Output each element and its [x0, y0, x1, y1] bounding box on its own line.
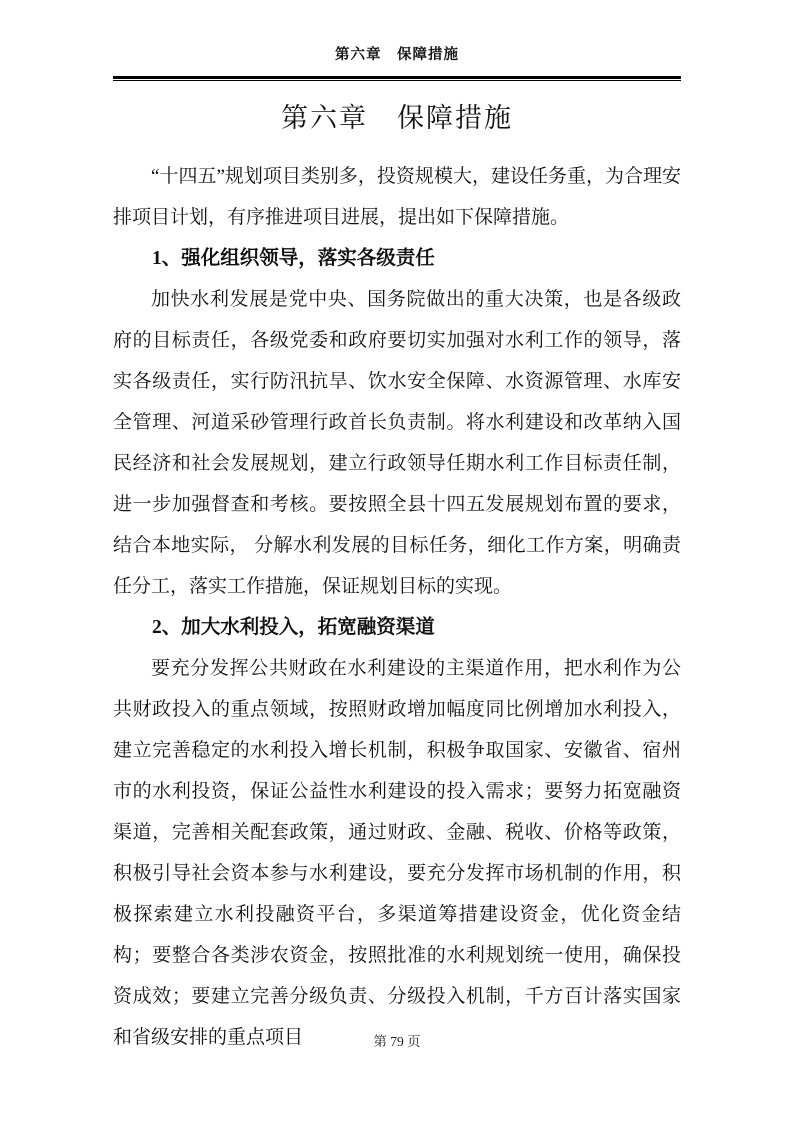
section-1-paragraph: 加快水利发展是党中央、国务院做出的重大决策，也是各级政府的目标责任，各级党委和政…	[113, 279, 681, 607]
section-1-heading: 1、强化组织领导，落实各级责任	[113, 238, 681, 279]
chapter-title: 第六章 保障措施	[113, 98, 681, 138]
text-column: 第六章 保障措施 “十四五”规划项目类别多，投资规模大，建设任务重，为合理安排项…	[0, 98, 794, 1058]
document-page: 第六章 保障措施 第六章 保障措施 “十四五”规划项目类别多，投资规模大，建设任…	[0, 0, 794, 1122]
page-number: 第 79 页	[373, 1034, 420, 1049]
document-body: “十四五”规划项目类别多，投资规模大，建设任务重，为合理安排项目计划，有序推进项…	[113, 156, 681, 1058]
running-header: 第六章 保障措施	[0, 0, 794, 64]
header-rule-divider	[113, 76, 681, 81]
section-2-paragraph: 要充分发挥公共财政在水利建设的主渠道作用，把水利作为公共财政投入的重点领域，按照…	[113, 648, 681, 1058]
page-footer: 第 79 页	[0, 1034, 794, 1050]
intro-paragraph: “十四五”规划项目类别多，投资规模大，建设任务重，为合理安排项目计划，有序推进项…	[113, 156, 681, 238]
section-2-heading: 2、加大水利投入，拓宽融资渠道	[113, 607, 681, 648]
